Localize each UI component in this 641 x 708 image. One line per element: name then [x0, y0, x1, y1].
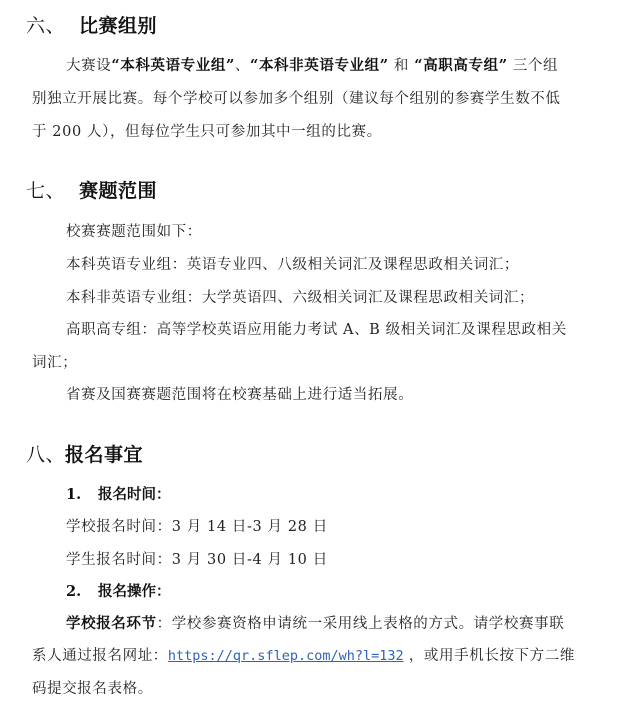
- group-name: “本科非英语专业组”: [250, 57, 389, 74]
- sub-number: 1.: [66, 485, 98, 505]
- section-title: 报名事宜: [65, 444, 143, 466]
- group-name: “高职高专组”: [414, 57, 507, 74]
- document-page: 六、比赛组别 大赛设“本科英语专业组”、“本科非英语专业组” 和 “高职高专组”…: [0, 0, 641, 708]
- text: 系人通过报名网址：: [32, 648, 168, 664]
- paragraph-line: 别独立开展比赛。每个学校可以参加多个组别（建议每个组别的参赛学生数不低: [32, 89, 561, 109]
- paragraph-line: 大赛设“本科英语专业组”、“本科非英语专业组” 和 “高职高专组” 三个组: [66, 56, 558, 76]
- text: ，或用手机长按下方二维: [404, 648, 575, 664]
- paragraph-line: 本科非英语专业组：大学英语四、六级相关词汇及课程思政相关词汇；: [66, 288, 534, 308]
- paragraph-line: 省赛及国赛赛题范围将在校赛基础上进行适当拓展。: [66, 385, 413, 405]
- paragraph-line: 码提交报名表格。: [32, 679, 153, 699]
- paragraph-line: 校赛赛题范围如下：: [66, 222, 202, 242]
- paragraph-line: 学校报名环节：学校参赛资格申请统一采用线上表格的方式。请学校赛事联: [66, 614, 564, 634]
- subheading-registration-time: 1.报名时间：: [66, 485, 171, 505]
- section-title: 比赛组别: [79, 15, 157, 37]
- school-registration-time: 学校报名时间：3 月 14 日-3 月 28 日: [66, 517, 328, 537]
- text: 三个组: [513, 58, 558, 74]
- paragraph-line: 于 200 人），但每位学生只可参加其中一组的比赛。: [32, 122, 382, 142]
- section-number: 八、: [26, 443, 65, 467]
- text: 、: [235, 58, 250, 74]
- label-school-registration: 学校报名环节: [66, 615, 157, 632]
- sub-title: 报名时间：: [98, 486, 171, 503]
- text: ：学校参赛资格申请统一采用线上表格的方式。请学校赛事联: [157, 616, 565, 632]
- group-name: “本科英语专业组”: [111, 57, 235, 74]
- paragraph-line: 词汇；: [32, 353, 77, 373]
- section-heading-7: 七、赛题范围: [26, 179, 157, 203]
- paragraph-line: 系人通过报名网址：https://qr.sflep.com/wh?l=132 ，…: [32, 646, 575, 666]
- section-title: 赛题范围: [79, 180, 157, 202]
- text: 大赛设: [66, 58, 111, 74]
- sub-number: 2.: [66, 582, 98, 602]
- section-heading-8: 八、报名事宜: [26, 443, 143, 467]
- paragraph-line: 高职高专组：高等学校英语应用能力考试 A、B 级相关词汇及课程思政相关: [66, 320, 567, 340]
- registration-url-link[interactable]: https://qr.sflep.com/wh?l=132: [168, 648, 404, 664]
- paragraph-line: 本科英语专业组：英语专业四、八级相关词汇及课程思政相关词汇；: [66, 255, 519, 275]
- section-number: 六、: [26, 14, 65, 38]
- student-registration-time: 学生报名时间：3 月 30 日-4 月 10 日: [66, 550, 328, 570]
- sub-title: 报名操作：: [98, 583, 171, 600]
- section-number: 七、: [26, 179, 65, 203]
- section-heading-6: 六、比赛组别: [26, 14, 157, 38]
- text: 和: [394, 58, 409, 74]
- subheading-registration-operation: 2.报名操作：: [66, 582, 171, 602]
